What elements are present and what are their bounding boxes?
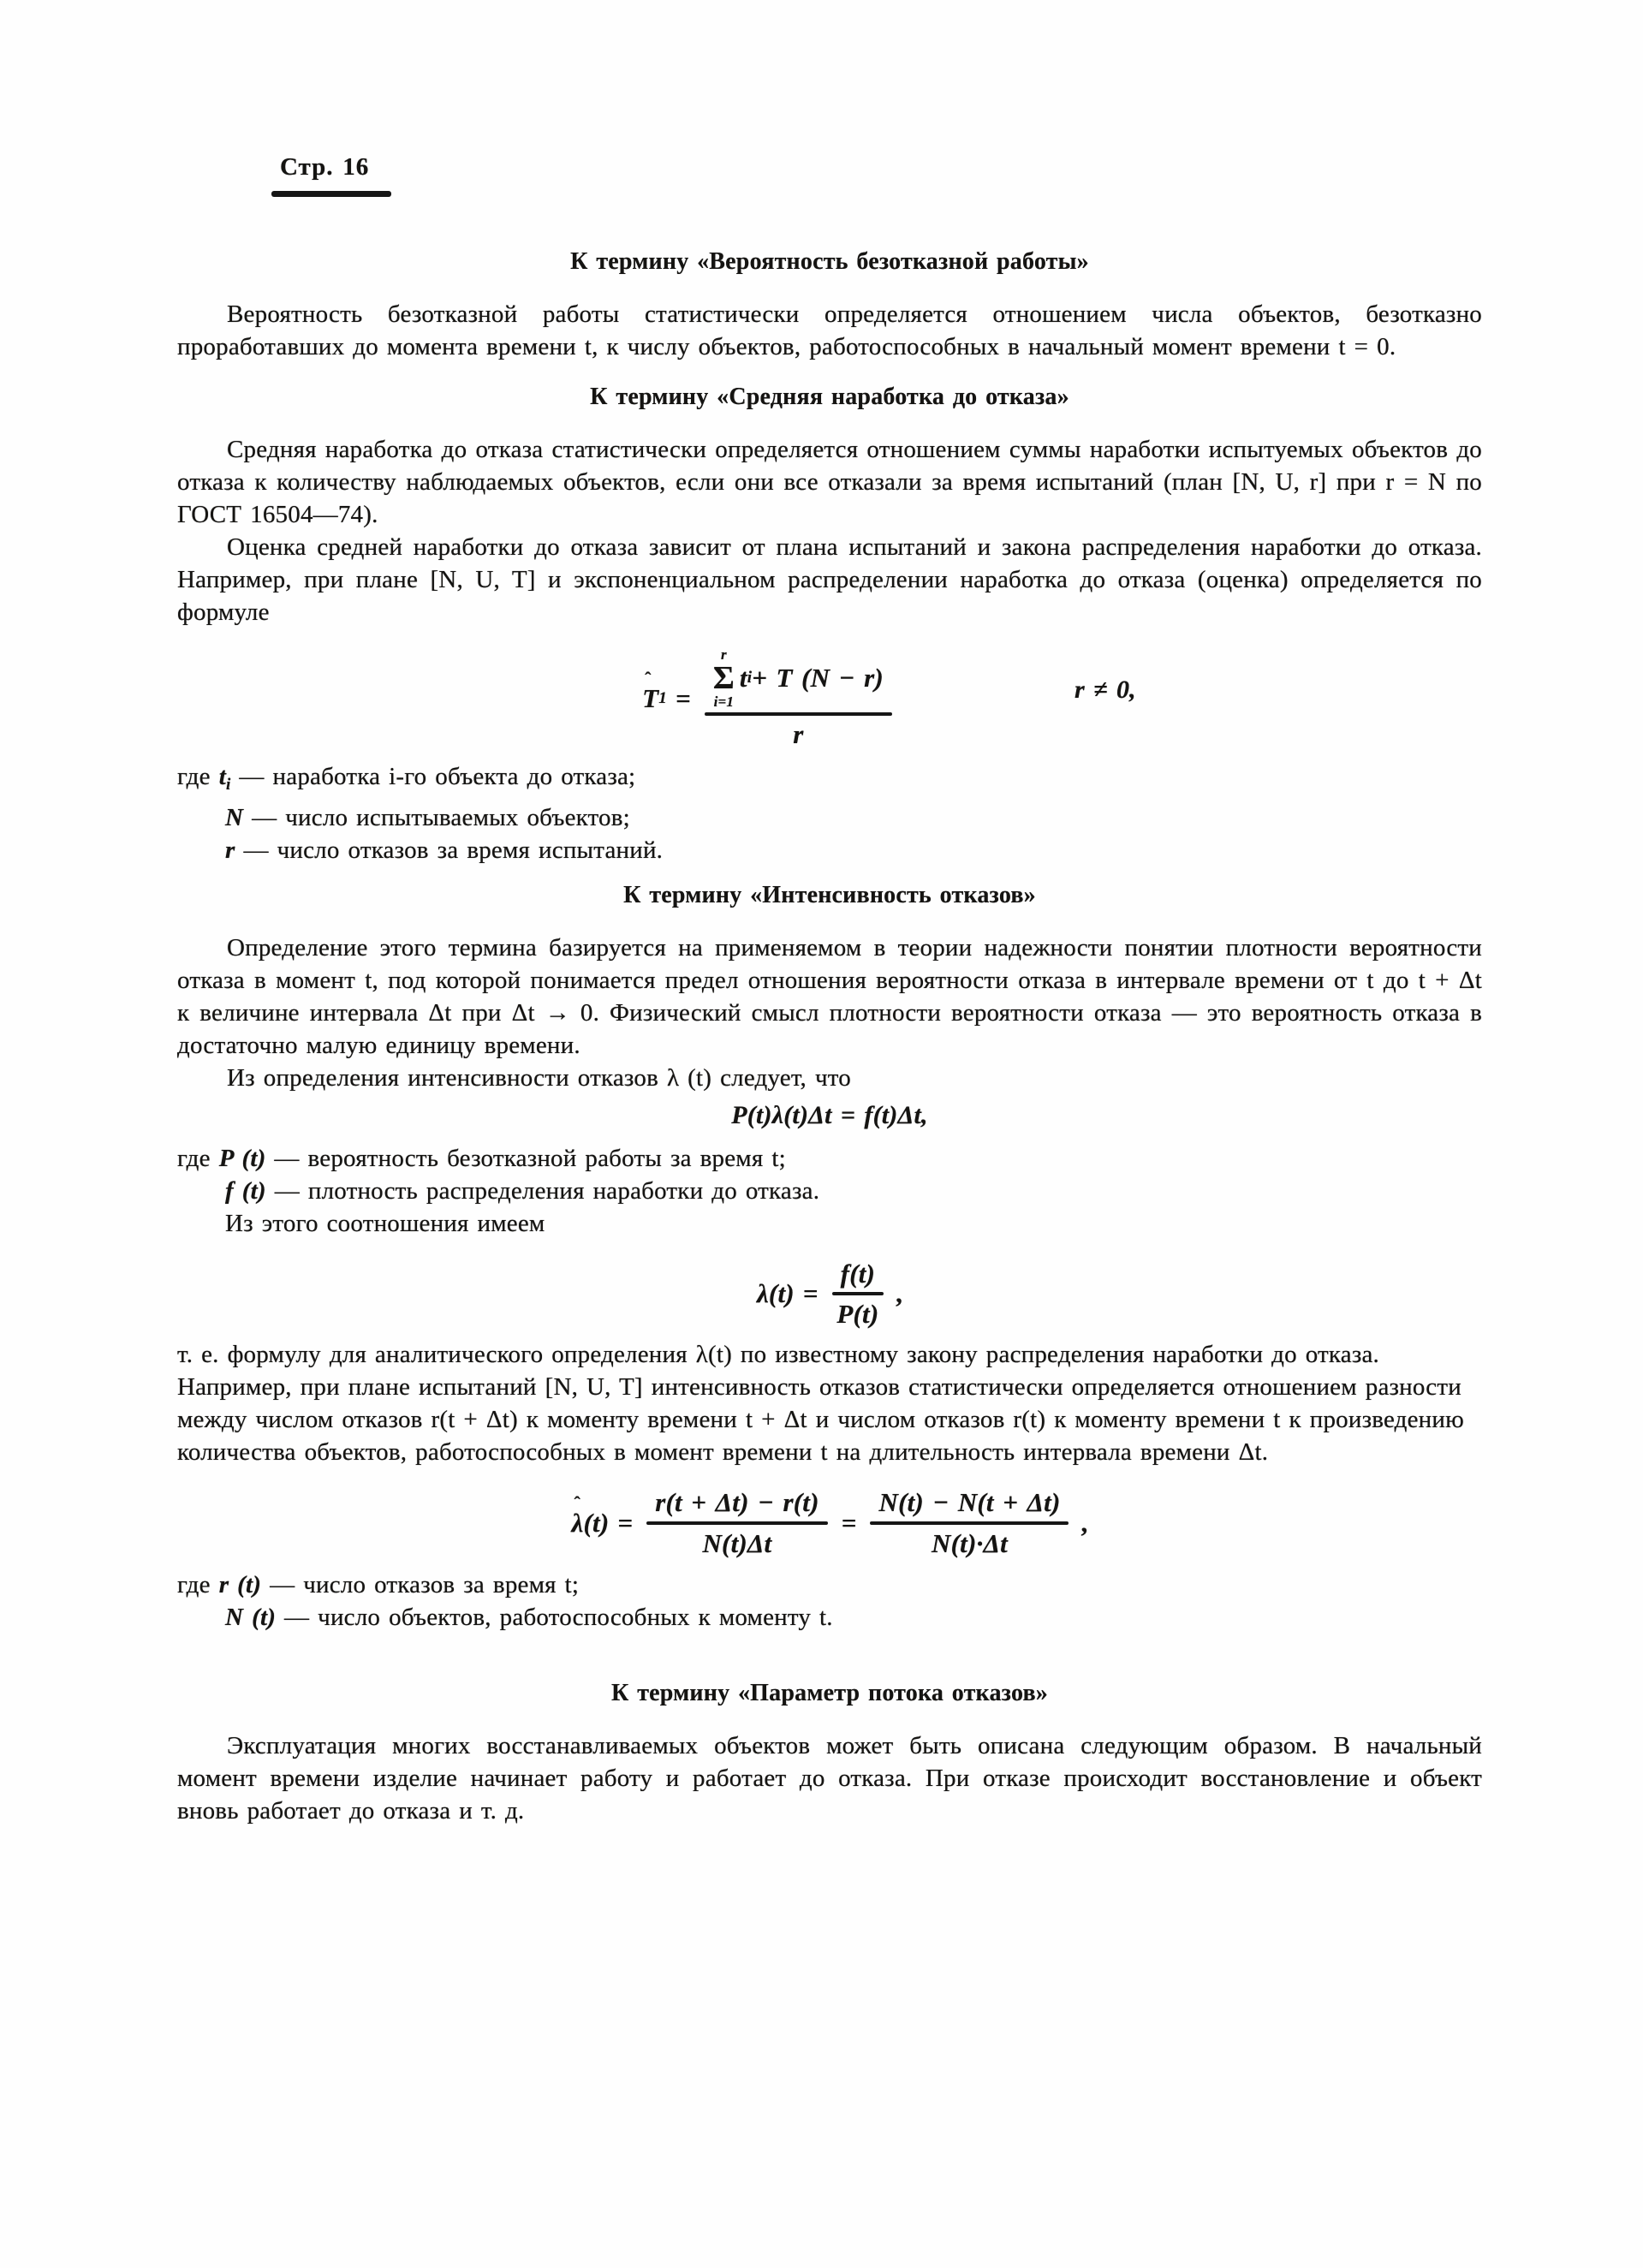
definition-description: — плотность распределения наработки до о…	[275, 1177, 819, 1205]
formula-expression: λ(t) = f(t) P(t) ,	[757, 1259, 902, 1330]
definition-line: гдеr (t) — число отказов за время t;	[177, 1569, 1482, 1601]
paragraph: Эксплуатация многих восстанавливаемых об…	[177, 1729, 1482, 1827]
definition-line: N (t) — число объектов, работоспособных …	[177, 1601, 1482, 1634]
definition-line: гдеP (t) — вероятность безотказной работ…	[177, 1142, 1482, 1175]
paragraph: т. е. формулу для аналитического определ…	[177, 1338, 1482, 1468]
equals-sign: =	[842, 1508, 857, 1539]
definition-list: гдеr (t) — число отказов за время t; N (…	[177, 1569, 1482, 1634]
section-heading-failure-rate: К термину «Интенсивность отказов»	[177, 880, 1482, 911]
definition-line: f (t) — плотность распределения наработк…	[177, 1175, 1482, 1207]
page-content: Стр. 16 К термину «Вероятность безотказн…	[177, 151, 1482, 1827]
paragraph: Вероятность безотказной работы статистич…	[177, 298, 1482, 363]
formula-side-condition: r ≠ 0,	[1074, 674, 1136, 706]
formula-expression: ˆλ(t) = r(t + Δt) − r(t) N(t)Δt = N(t) −…	[572, 1487, 1088, 1558]
fraction-numerator: f(t)	[832, 1259, 884, 1293]
where-label: где	[177, 1145, 211, 1172]
fraction: f(t) P(t)	[832, 1259, 884, 1330]
definition-list: гдеti — наработка i-го объекта до отказа…	[177, 760, 1482, 866]
trailing-comma: ,	[1080, 1508, 1087, 1539]
formula-mean-time-to-failure: ˆT1 = r Σ i=1 ti + T (N − r) r r ≠ 0,	[177, 647, 1482, 750]
hat-lambda-symbol: ˆλ(t)	[572, 1508, 610, 1539]
fraction-denominator: N(t)Δt	[702, 1525, 771, 1559]
formula-failure-rate-identity: P(t)λ(t)Δt = f(t)Δt,	[177, 1099, 1482, 1132]
numerator-term-base: t	[740, 663, 747, 693]
sum-lower-limit: i=1	[714, 694, 735, 709]
section-heading-probability-of-failure-free-operation: К термину «Вероятность безотказной работ…	[177, 247, 1482, 277]
where-label: где	[177, 763, 211, 790]
equals-sign: =	[617, 1508, 633, 1539]
page-number-underline	[271, 191, 391, 197]
definition-term: N	[225, 804, 243, 831]
paragraph: Из этого соотношения имеем	[177, 1207, 1482, 1240]
formula-lhs-subscript: 1	[658, 689, 667, 708]
hat-T-symbol: ˆT	[642, 683, 658, 714]
section-heading-mean-time-to-failure: К термину «Средняя наработка до отказа»	[177, 382, 1482, 413]
definition-line: N — число испытываемых объектов;	[177, 801, 1482, 834]
page-number-label: Стр. 16	[280, 151, 1482, 183]
definition-description: — число испытываемых объектов;	[252, 804, 630, 831]
where-label: где	[177, 1571, 211, 1598]
fraction-numerator: r(t + Δt) − r(t)	[646, 1487, 827, 1521]
definition-line: гдеti — наработка i-го объекта до отказа…	[177, 760, 1482, 801]
paragraph: Определение этого термина базируется на …	[177, 932, 1482, 1062]
fraction-denominator: N(t)·Δt	[932, 1525, 1008, 1559]
definition-term: f (t)	[225, 1177, 266, 1205]
definition-line: r — число отказов за время испытаний.	[177, 834, 1482, 866]
equals-sign: =	[676, 683, 691, 714]
definition-term-subscript: i	[226, 776, 230, 794]
definition-description: — число объектов, работоспособных к моме…	[284, 1604, 833, 1631]
fraction: r Σ i=1 ti + T (N − r) r	[705, 647, 892, 750]
numerator-rest: + T (N − r)	[752, 663, 884, 693]
fraction: N(t) − N(t + Δt) N(t)·Δt	[870, 1487, 1069, 1558]
definition-description: — наработка i-го объекта до отказа;	[239, 763, 635, 790]
definition-description: — число отказов за время испытаний.	[243, 836, 663, 864]
section-heading-failure-flow-parameter: К термину «Параметр потока отказов»	[177, 1678, 1482, 1709]
definition-list: гдеP (t) — вероятность безотказной работ…	[177, 1142, 1482, 1240]
equals-sign: =	[803, 1278, 819, 1309]
hat-accent: ˆ	[574, 1494, 581, 1513]
definition-term: r (t)	[219, 1571, 261, 1598]
fraction-denominator: P(t)	[836, 1295, 878, 1330]
definition-term: P (t)	[219, 1145, 266, 1172]
formula-lambda-ratio: λ(t) = f(t) P(t) ,	[177, 1259, 1482, 1330]
fraction-numerator: r Σ i=1 ti + T (N − r)	[705, 647, 892, 712]
paragraph: Оценка средней наработки до отказа завис…	[177, 531, 1482, 628]
trailing-comma: ,	[896, 1278, 902, 1309]
fraction: r(t + Δt) − r(t) N(t)Δt	[646, 1487, 827, 1558]
fraction-numerator: N(t) − N(t + Δt)	[870, 1487, 1069, 1521]
formula-expression: ˆT1 = r Σ i=1 ti + T (N − r) r	[642, 647, 897, 750]
fraction-denominator: r	[793, 716, 803, 750]
definition-description: — вероятность безотказной работы за врем…	[274, 1145, 785, 1172]
summation-symbol: r Σ i=1	[713, 647, 735, 709]
formula-statistical-failure-rate: ˆλ(t) = r(t + Δt) − r(t) N(t)Δt = N(t) −…	[177, 1487, 1482, 1558]
definition-term: t	[219, 763, 226, 790]
hat-accent: ˆ	[645, 670, 652, 688]
definition-term: r	[225, 836, 235, 864]
paragraph: Средняя наработка до отказа статистическ…	[177, 433, 1482, 531]
sigma-icon: Σ	[713, 662, 735, 694]
scanned-document-page: Стр. 16 К термину «Вероятность безотказн…	[0, 0, 1643, 2268]
paragraph: Из определения интенсивности отказов λ (…	[177, 1062, 1482, 1094]
definition-description: — число отказов за время t;	[270, 1571, 579, 1598]
definition-term: N (t)	[225, 1604, 276, 1631]
formula-lhs: λ(t)	[757, 1278, 795, 1309]
